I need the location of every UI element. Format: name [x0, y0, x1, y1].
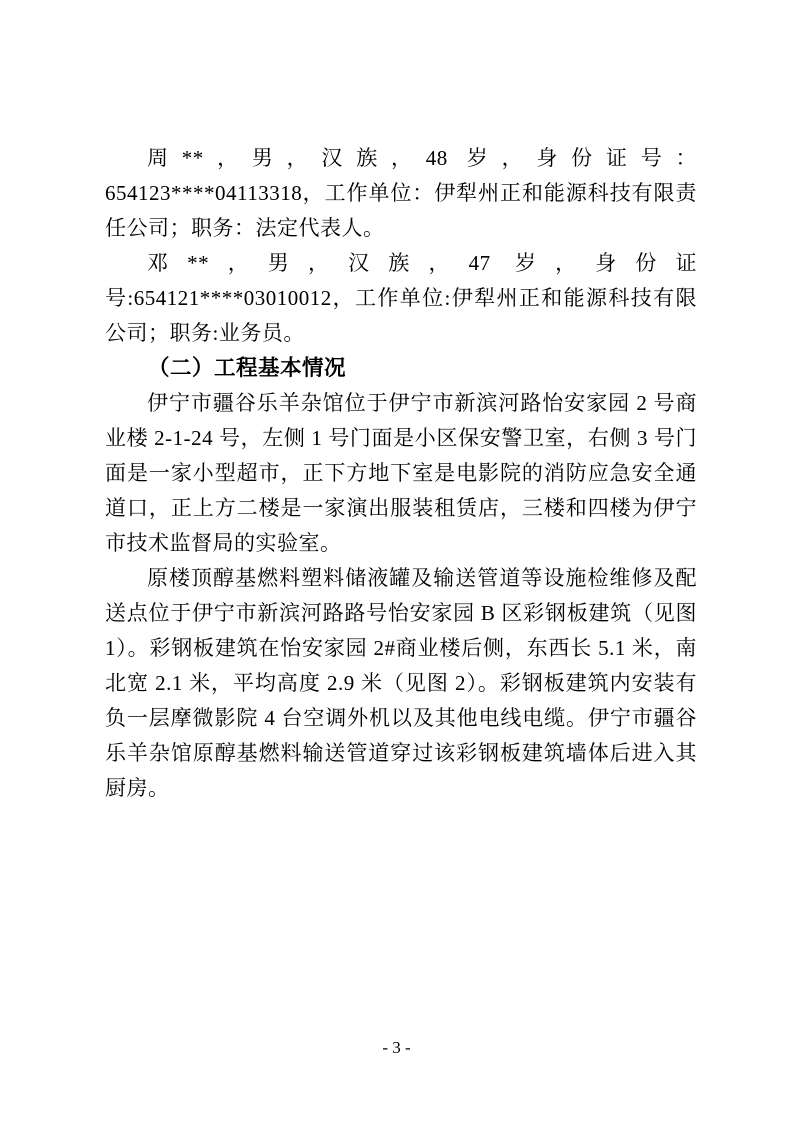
document-page: 周**，男，汉族，48 岁，身份证号：654123****04113318，工作…	[0, 0, 793, 1122]
page-number: - 3 -	[0, 1037, 793, 1059]
section-heading-project-basics: （二）工程基本情况	[105, 351, 697, 386]
paragraph-structure-description: 原楼顶醇基燃料塑料储液罐及输送管道等设施检维修及配送点位于伊宁市新滨河路路号怡安…	[105, 561, 697, 806]
paragraph-person-deng: 邓**，男，汉族，47 岁，身份证号:654121****03010012，工作…	[105, 246, 697, 351]
paragraph-person-zhou: 周**，男，汉族，48 岁，身份证号：654123****04113318，工作…	[105, 141, 697, 246]
paragraph-building-location: 伊宁市疆谷乐羊杂馆位于伊宁市新滨河路怡安家园 2 号商业楼 2-1-24 号，左…	[105, 386, 697, 561]
document-body: 周**，男，汉族，48 岁，身份证号：654123****04113318，工作…	[105, 141, 697, 806]
